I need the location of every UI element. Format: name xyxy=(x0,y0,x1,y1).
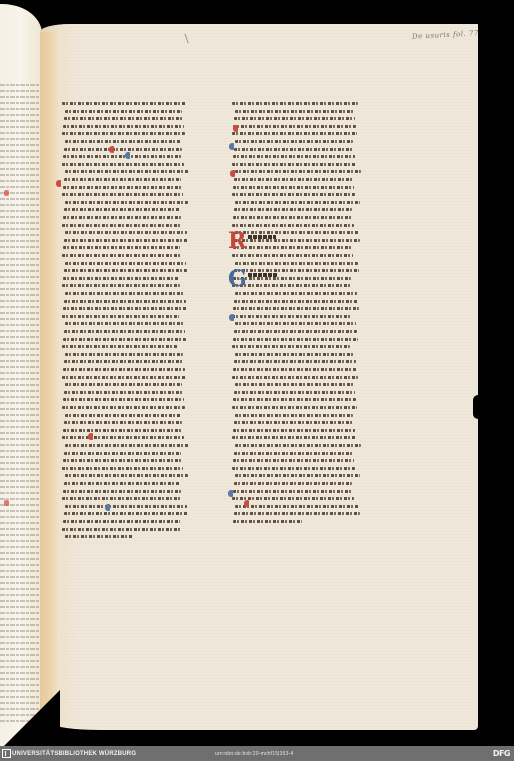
page-gutter xyxy=(40,32,60,720)
manuscript-line xyxy=(62,224,182,227)
manuscript-line xyxy=(233,429,355,432)
manuscript-line xyxy=(232,436,356,439)
manuscript-line xyxy=(64,391,183,394)
red-paraph-icon xyxy=(56,180,61,187)
manuscript-line xyxy=(63,520,180,523)
manuscript-line xyxy=(233,398,356,401)
column-a-lines xyxy=(62,102,188,544)
manuscript-line xyxy=(62,528,181,531)
manuscript-line xyxy=(64,482,180,485)
red-paraph-icon xyxy=(233,125,238,132)
manuscript-line xyxy=(63,338,186,341)
manuscript-line xyxy=(65,170,189,173)
manuscript-line xyxy=(232,284,352,287)
manuscript-line xyxy=(64,178,181,181)
manuscript-line xyxy=(63,246,180,249)
manuscript-line xyxy=(233,338,358,341)
manuscript-line xyxy=(235,474,360,477)
manuscript-line xyxy=(64,239,188,242)
manuscript-line xyxy=(235,201,360,204)
manuscript-line xyxy=(234,360,356,363)
manuscript-line xyxy=(65,444,189,447)
manuscript-line xyxy=(65,110,182,113)
text-column-b: R G xyxy=(232,102,360,527)
manuscript-line xyxy=(233,186,354,189)
blue-paraph-icon xyxy=(228,490,233,497)
manuscript-line xyxy=(62,436,184,439)
manuscript-line xyxy=(233,459,354,462)
manuscript-line xyxy=(62,132,185,135)
manuscript-line xyxy=(232,102,358,105)
manuscript-line xyxy=(235,383,354,386)
manuscript-line xyxy=(232,224,354,227)
manuscript-line xyxy=(65,383,182,386)
manuscript-line xyxy=(234,239,360,242)
manuscript-line xyxy=(234,421,354,424)
manuscript-line xyxy=(234,330,357,333)
manuscript-line xyxy=(232,163,356,166)
rubric-heading xyxy=(248,273,278,277)
manuscript-line xyxy=(65,231,187,234)
manuscript-line xyxy=(64,208,180,211)
manuscript-line xyxy=(234,208,352,211)
manuscript-line xyxy=(235,322,356,325)
manuscript-line xyxy=(233,277,351,280)
manuscript-line xyxy=(63,186,182,189)
blue-paraph-icon xyxy=(229,143,234,150)
manuscript-line xyxy=(63,459,182,462)
manuscript-line xyxy=(233,155,355,158)
manuscript-line xyxy=(64,330,185,333)
manuscript-line xyxy=(63,429,183,432)
library-logo-icon xyxy=(2,749,11,758)
manuscript-line xyxy=(63,490,181,493)
manuscript-line xyxy=(64,148,182,151)
manuscript-line xyxy=(65,201,188,204)
manuscript-line xyxy=(235,110,354,113)
page-notch xyxy=(473,395,483,419)
manuscript-line xyxy=(235,292,357,295)
manuscript-line xyxy=(232,315,351,318)
manuscript-line xyxy=(233,368,357,371)
blue-paraph-icon xyxy=(229,314,234,321)
manuscript-line xyxy=(232,193,355,196)
manuscript-line xyxy=(235,262,358,265)
manuscript-line xyxy=(232,254,353,257)
text-column-a xyxy=(62,102,188,544)
verso-page-edge xyxy=(0,4,42,746)
rubric-heading xyxy=(248,235,276,239)
manuscript-line xyxy=(65,140,181,143)
manuscript-line xyxy=(62,467,183,470)
manuscript-line xyxy=(63,155,183,158)
red-paraph-icon xyxy=(230,170,235,177)
manuscript-line xyxy=(234,117,355,120)
manuscript-line xyxy=(235,414,353,417)
manuscript-line xyxy=(64,269,187,272)
footer-bar: UNIVERSITÄTSBIBLIOTHEK WÜRZBURG urn:nbn:… xyxy=(0,746,514,761)
manuscript-line xyxy=(64,512,188,515)
manuscript-line xyxy=(235,170,361,173)
manuscript-line xyxy=(64,300,186,303)
initial-g: G xyxy=(228,268,247,290)
manuscript-line xyxy=(234,512,360,515)
manuscript-line xyxy=(234,391,355,394)
institution-name[interactable]: UNIVERSITÄTSBIBLIOTHEK WÜRZBURG xyxy=(12,751,136,757)
manuscript-line xyxy=(232,497,354,500)
manuscript-line xyxy=(232,467,355,470)
manuscript-line xyxy=(232,406,357,409)
manuscript-line xyxy=(63,216,181,219)
manuscript-line xyxy=(65,535,133,538)
red-paraph-icon xyxy=(109,146,114,153)
manuscript-line xyxy=(65,292,185,295)
manuscript-line xyxy=(62,163,184,166)
manuscript-line xyxy=(234,300,358,303)
manuscript-line xyxy=(234,269,359,272)
initial-r: R xyxy=(228,230,246,252)
manuscript-line xyxy=(65,474,188,477)
manuscript-line xyxy=(65,414,181,417)
verso-red-mark xyxy=(4,500,9,506)
dfg-logo[interactable]: DFG xyxy=(493,749,510,758)
manuscript-line xyxy=(62,254,181,257)
manuscript-line xyxy=(235,353,355,356)
manuscript-line xyxy=(233,520,302,523)
manuscript-line xyxy=(62,193,183,196)
blue-paraph-icon xyxy=(105,504,110,511)
manuscript-line xyxy=(234,452,353,455)
manuscript-line xyxy=(64,452,181,455)
urn-identifier[interactable]: urn:nbn:de:bvb:20-mchf15|353-4 xyxy=(215,751,293,757)
manuscript-line xyxy=(63,368,185,371)
manuscript-line xyxy=(232,132,357,135)
manuscript-line xyxy=(234,482,352,485)
manuscript-line xyxy=(234,178,353,181)
verso-red-mark xyxy=(4,190,9,196)
blue-paraph-icon xyxy=(125,152,130,159)
manuscript-line xyxy=(62,102,186,105)
manuscript-line xyxy=(64,117,183,120)
manuscript-line xyxy=(233,246,352,249)
manuscript-line xyxy=(232,376,358,379)
manuscript-line xyxy=(65,505,187,508)
verso-text-block xyxy=(0,84,40,724)
manuscript-line xyxy=(63,307,187,310)
manuscript-line xyxy=(62,376,186,379)
manuscript-line xyxy=(62,284,180,287)
red-paraph-icon xyxy=(88,433,93,440)
manuscript-line xyxy=(233,490,353,493)
manuscript-line xyxy=(235,444,361,447)
manuscript-line xyxy=(65,322,184,325)
manuscript-line xyxy=(235,140,353,143)
manuscript-line xyxy=(235,505,359,508)
manuscript-line xyxy=(233,216,353,219)
manuscript-line xyxy=(233,125,356,128)
manuscript-line xyxy=(234,148,354,151)
manuscript-line xyxy=(64,421,182,424)
page-image-viewer[interactable]: De usuris fol. 77 R G xyxy=(0,0,514,746)
manuscript-line xyxy=(232,345,350,348)
manuscript-line xyxy=(62,345,178,348)
manuscript-line xyxy=(63,125,184,128)
manuscript-line xyxy=(235,231,359,234)
manuscript-line xyxy=(63,277,179,280)
manuscript-line xyxy=(233,307,359,310)
manuscript-line xyxy=(62,497,182,500)
manuscript-line xyxy=(62,315,179,318)
column-b-lines xyxy=(232,102,360,527)
manuscript-line xyxy=(65,353,183,356)
manuscript-line xyxy=(65,262,186,265)
manuscript-line xyxy=(64,360,184,363)
manuscript-line xyxy=(63,398,184,401)
manuscript-line xyxy=(62,406,185,409)
red-paraph-icon xyxy=(244,500,249,507)
